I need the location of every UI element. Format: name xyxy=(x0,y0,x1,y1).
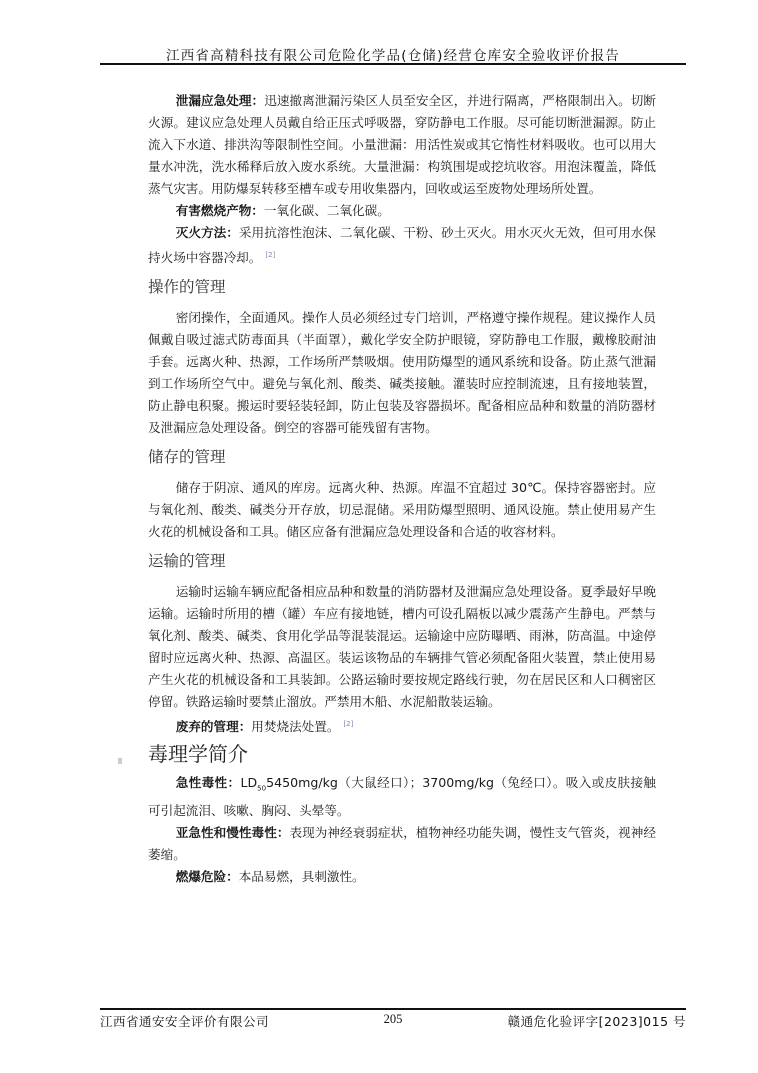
operation-heading: 操作的管理 xyxy=(148,275,656,299)
hazard-label: 燃爆危险： xyxy=(176,869,239,884)
fire-paragraph: 灭火方法：采用抗溶性泡沫、二氧化碳、干粉、砂土灭火。用水灭火无效，但可用水保持火… xyxy=(148,222,656,269)
fire-label: 灭火方法： xyxy=(176,225,239,240)
header-rule xyxy=(100,63,686,65)
storage-paragraph: 储存于阴凉、通风的库房。远离火种、热源。库温不宜超过 30℃。保持容器密封。应与… xyxy=(148,477,656,543)
reference-marker: [2] xyxy=(343,720,353,728)
combustion-paragraph: 有害燃烧产物：一氧化碳、二氧化碳。 xyxy=(148,200,656,222)
toxicology-heading: 毒理学简介 xyxy=(148,740,656,768)
combustion-text: 一氧化碳、二氧化碳。 xyxy=(264,203,390,218)
disposal-text: 用焚烧法处置。 xyxy=(251,719,339,734)
combustion-label: 有害燃烧产物： xyxy=(176,203,264,218)
chronic-toxicity-paragraph: 亚急性和慢性毒性：表现为神经衰弱症状，植物神经功能失调，慢性支气管炎，视神经萎缩… xyxy=(148,822,656,866)
acute-label: 急性毒性： xyxy=(176,775,241,790)
footer-rule xyxy=(100,1008,686,1010)
margin-mark xyxy=(118,758,122,764)
transport-heading: 运输的管理 xyxy=(148,549,656,573)
ld-prefix: LD xyxy=(240,775,257,790)
footer-doc-number: 赣通危化验评字[2023]015 号 xyxy=(508,1012,686,1030)
hazard-text: 本品易燃，具刺激性。 xyxy=(239,869,365,884)
acute-toxicity-paragraph: 急性毒性：LD505450mg/kg（大鼠经口）；3700mg/kg（兔经口）。… xyxy=(148,772,656,822)
ld-subscript: 50 xyxy=(257,785,266,793)
reference-marker: [2] xyxy=(265,251,275,259)
operation-paragraph: 密闭操作，全面通风。操作人员必须经过专门培训，严格遵守操作规程。建议操作人员佩戴… xyxy=(148,307,656,439)
document-header-title: 江西省高精科技有限公司危险化学品(仓储)经营仓库安全验收评价报告 xyxy=(100,44,686,64)
leak-label: 泄漏应急处理： xyxy=(176,93,264,108)
disposal-paragraph: 废弃的管理：用焚烧法处置。[2] xyxy=(148,713,656,738)
disposal-label: 废弃的管理： xyxy=(176,719,252,734)
chronic-label: 亚急性和慢性毒性： xyxy=(176,825,290,840)
transport-paragraph: 运输时运输车辆应配备相应品种和数量的消防器材及泄漏应急处理设备。夏季最好早晚运输… xyxy=(148,581,656,713)
leak-paragraph: 泄漏应急处理：迅速撤离泄漏污染区人员至安全区，并进行隔离，严格限制出入。切断火源… xyxy=(148,90,656,200)
hazard-paragraph: 燃爆危险：本品易燃，具刺激性。 xyxy=(148,866,656,888)
document-body: 泄漏应急处理：迅速撤离泄漏污染区人员至安全区，并进行隔离，严格限制出入。切断火源… xyxy=(148,90,656,888)
leak-text: 迅速撤离泄漏污染区人员至安全区，并进行隔离，严格限制出入。切断火源。建议应急处理… xyxy=(148,93,656,196)
storage-heading: 储存的管理 xyxy=(148,445,656,469)
